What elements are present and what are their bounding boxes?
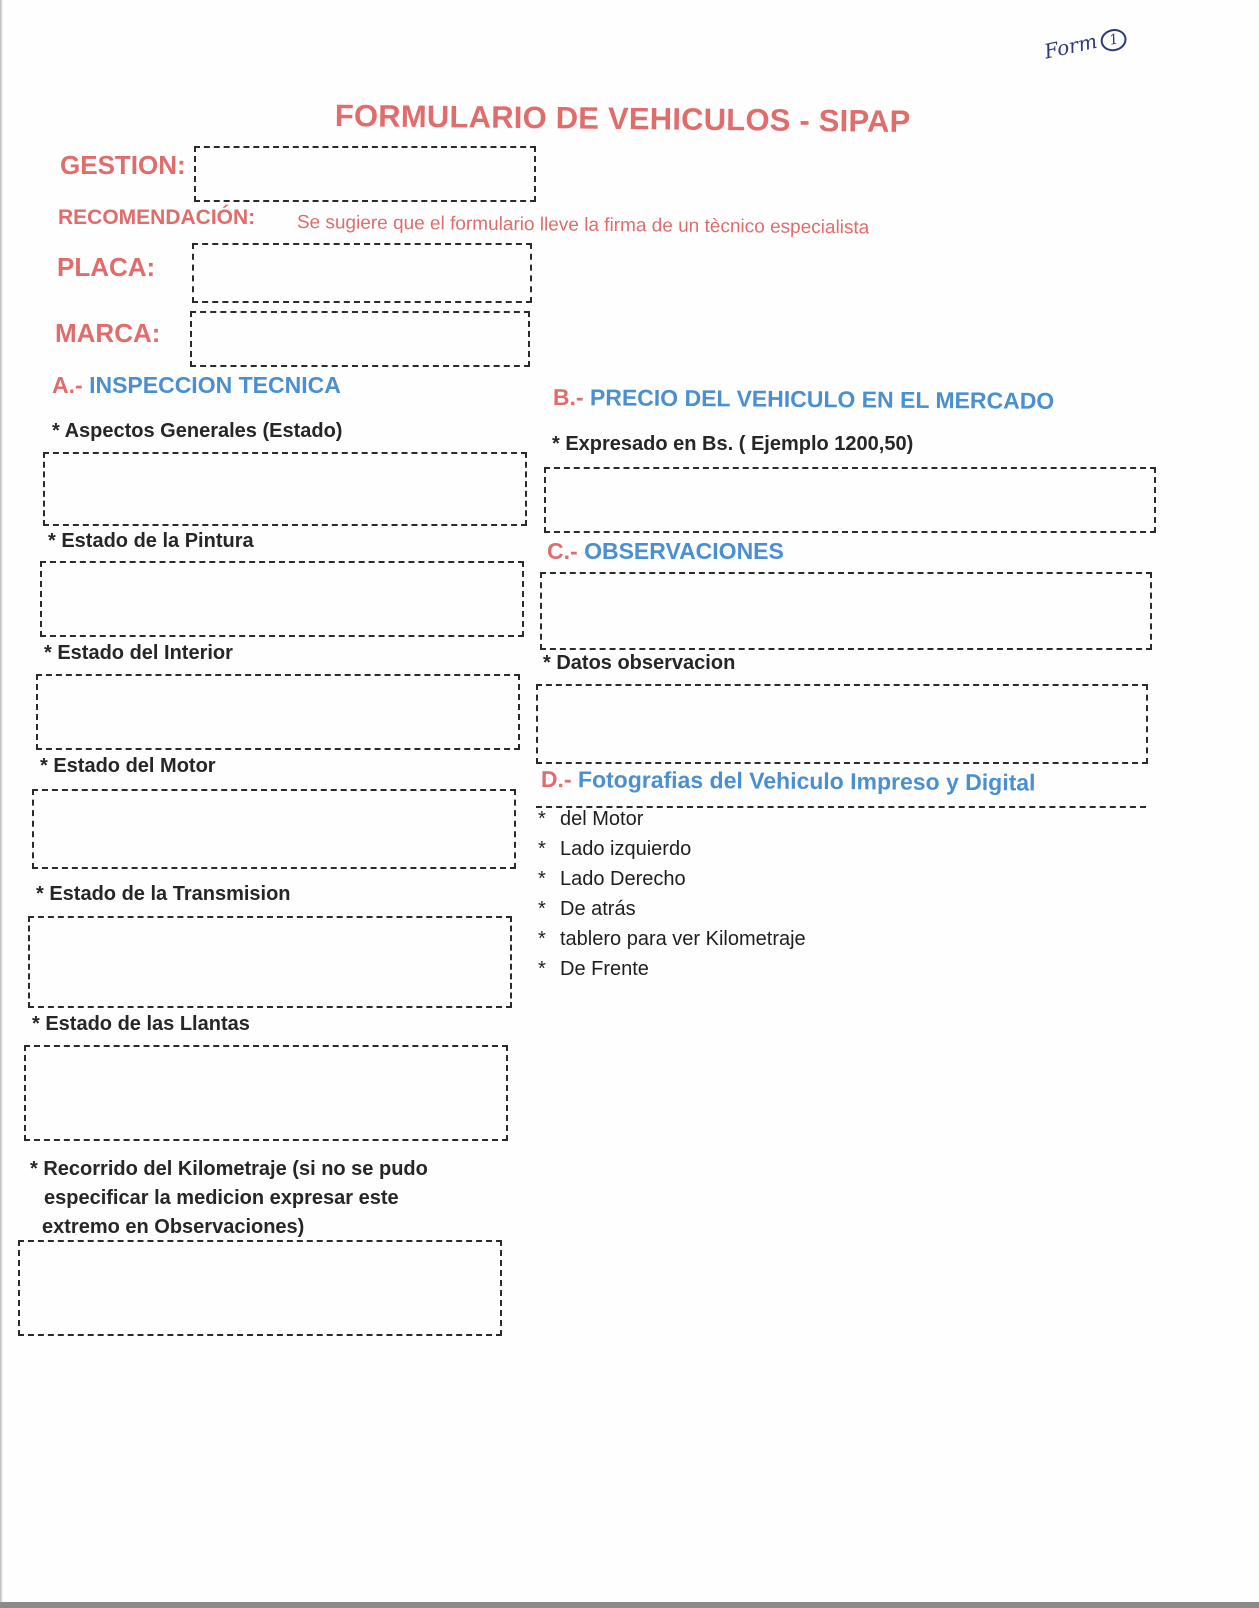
photo-item-lado-derecho: *Lado Derecho: [538, 864, 806, 894]
datos-observacion-label: * Datos observacion: [543, 652, 735, 675]
photo-item-frente: *De Frente: [538, 954, 806, 984]
section-c-title: OBSERVACIONES: [584, 538, 784, 564]
section-b-prefix: B.-: [553, 384, 584, 410]
recomendacion-label: RECOMENDACIÓN:: [58, 206, 255, 230]
section-d-prefix: D.-: [541, 766, 572, 792]
marca-label: MARCA:: [55, 318, 160, 349]
estado-interior-label: * Estado del Interior: [44, 642, 233, 665]
photo-item-motor: *del Motor: [538, 804, 806, 834]
aspectos-generales-field[interactable]: [43, 452, 527, 526]
bullet-asterisk: *: [538, 894, 560, 924]
placa-label: PLACA:: [57, 252, 155, 283]
section-a-prefix: A.-: [52, 372, 83, 398]
kilometraje-field[interactable]: [18, 1240, 502, 1336]
form-title: FORMULARIO DE VEHICULOS - SIPAP: [335, 98, 911, 140]
estado-interior-field[interactable]: [36, 674, 520, 750]
kilometraje-label: * Recorrido del Kilometraje (si no se pu…: [30, 1155, 470, 1242]
marca-field[interactable]: [190, 311, 530, 367]
section-a-title: INSPECCION TECNICA: [89, 372, 341, 398]
handwritten-note-text: Form: [1042, 29, 1099, 64]
kilometraje-label-line-1: * Recorrido del Kilometraje (si no se pu…: [30, 1155, 470, 1184]
observaciones-field[interactable]: [540, 572, 1152, 650]
estado-pintura-label: * Estado de la Pintura: [48, 530, 254, 553]
bullet-asterisk: *: [538, 954, 560, 984]
scan-edge-left: [0, 0, 3, 1608]
placa-field[interactable]: [192, 243, 532, 303]
kilometraje-label-line-3: extremo en Observaciones): [30, 1213, 470, 1242]
gestion-label: GESTION:: [60, 150, 186, 181]
estado-transmision-field[interactable]: [28, 916, 512, 1008]
handwritten-note: Form1: [1042, 23, 1129, 66]
gestion-field[interactable]: [194, 146, 536, 202]
datos-observacion-field[interactable]: [536, 684, 1148, 764]
precio-label: * Expresado en Bs. ( Ejemplo 1200,50): [552, 433, 913, 456]
kilometraje-label-line-2: especificar la medicion expresar este: [30, 1184, 470, 1213]
bullet-asterisk: *: [538, 834, 560, 864]
section-a-heading: A.- INSPECCION TECNICA: [52, 372, 341, 399]
estado-transmision-label: * Estado de la Transmision: [36, 883, 291, 906]
section-c-prefix: C.-: [547, 538, 578, 564]
aspectos-generales-label: * Aspectos Generales (Estado): [52, 420, 342, 443]
estado-motor-field[interactable]: [32, 789, 516, 869]
section-d-heading: D.- Fotografias del Vehiculo Impreso y D…: [541, 766, 1036, 796]
estado-motor-label: * Estado del Motor: [40, 755, 216, 778]
estado-llantas-field[interactable]: [24, 1045, 508, 1141]
bullet-asterisk: *: [538, 864, 560, 894]
bullet-asterisk: *: [538, 804, 560, 834]
photo-item-lado-izquierdo: *Lado izquierdo: [538, 834, 806, 864]
section-d-title: Fotografias del Vehiculo Impreso y Digit…: [578, 766, 1036, 795]
precio-field[interactable]: [544, 467, 1156, 533]
estado-llantas-label: * Estado de las Llantas: [32, 1013, 250, 1036]
bullet-asterisk: *: [538, 924, 560, 954]
circled-number: 1: [1099, 27, 1129, 54]
photo-item-tablero: *tablero para ver Kilometraje: [538, 924, 806, 954]
section-b-title: PRECIO DEL VEHICULO EN EL MERCADO: [590, 384, 1055, 414]
section-b-heading: B.- PRECIO DEL VEHICULO EN EL MERCADO: [553, 384, 1055, 415]
photo-checklist: *del Motor *Lado izquierdo *Lado Derecho…: [538, 804, 806, 984]
section-c-heading: C.- OBSERVACIONES: [547, 538, 784, 565]
estado-pintura-field[interactable]: [40, 561, 524, 637]
photo-item-atras: *De atrás: [538, 894, 806, 924]
recomendacion-text: Se sugiere que el formulario lleve la fi…: [297, 212, 870, 239]
scan-edge-bottom: [0, 1602, 1259, 1608]
